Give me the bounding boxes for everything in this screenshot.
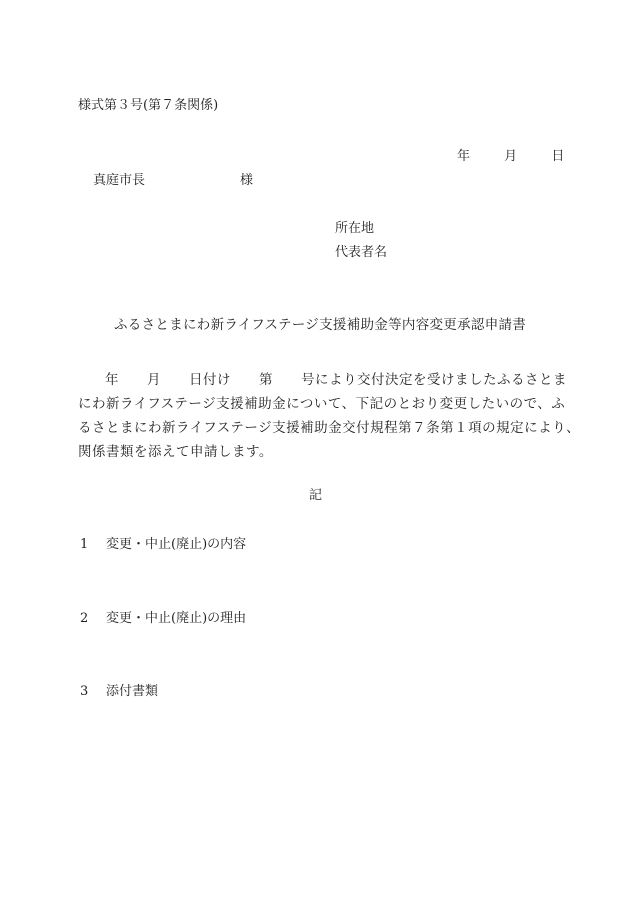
location-label: 所在地: [335, 222, 374, 235]
body-line-2: にわ新ライフステージ支援補助金について、下記のとおり変更したいので、ふ: [78, 392, 556, 416]
item-number: 2: [80, 612, 106, 625]
item-number: 1: [80, 538, 106, 551]
addressee-honorific: 様: [240, 174, 253, 187]
date-month-label: 月: [504, 150, 517, 163]
item-change-reason: 2変更・中止(廃止)の理由: [80, 612, 246, 625]
item-attachments: 3添付書類: [80, 685, 158, 698]
representative-label: 代表者名: [335, 246, 387, 259]
item-number: 3: [80, 685, 106, 698]
body-month-label: 月: [147, 372, 161, 388]
body-line-1: 年月日付け第号により交付決定を受けましたふるさとま: [78, 368, 556, 392]
item-label: 添付書類: [106, 684, 158, 699]
date-day-label: 日: [551, 150, 564, 163]
body-line-1-rest: 号により交付決定を受けましたふるさとま: [301, 372, 567, 388]
date-line: 年 月 日: [457, 150, 564, 163]
form-number: 様式第３号(第７条関係): [78, 99, 218, 112]
item-label: 変更・中止(廃止)の内容: [106, 537, 246, 552]
item-label: 変更・中止(廃止)の理由: [106, 611, 246, 626]
item-change-content: 1変更・中止(廃止)の内容: [80, 538, 246, 551]
body-date-suffix: 日付け: [189, 372, 231, 388]
body-line-3: るさとまにわ新ライフステージ支援補助金交付規程第７条第１項の規定により、: [78, 416, 556, 440]
addressee-name: 真庭市長: [93, 174, 145, 187]
body-paragraph: 年月日付け第号により交付決定を受けましたふるさとま にわ新ライフステージ支援補助…: [78, 368, 556, 464]
ki-heading: 記: [309, 489, 322, 502]
body-line-4: 関係書類を添えて申請します。: [78, 440, 556, 464]
document-title: ふるさとまにわ新ライフステージ支援補助金等内容変更承認申請書: [114, 319, 526, 333]
body-no-prefix: 第: [259, 372, 273, 388]
body-year-label: 年: [105, 372, 119, 388]
date-year-label: 年: [457, 150, 470, 163]
